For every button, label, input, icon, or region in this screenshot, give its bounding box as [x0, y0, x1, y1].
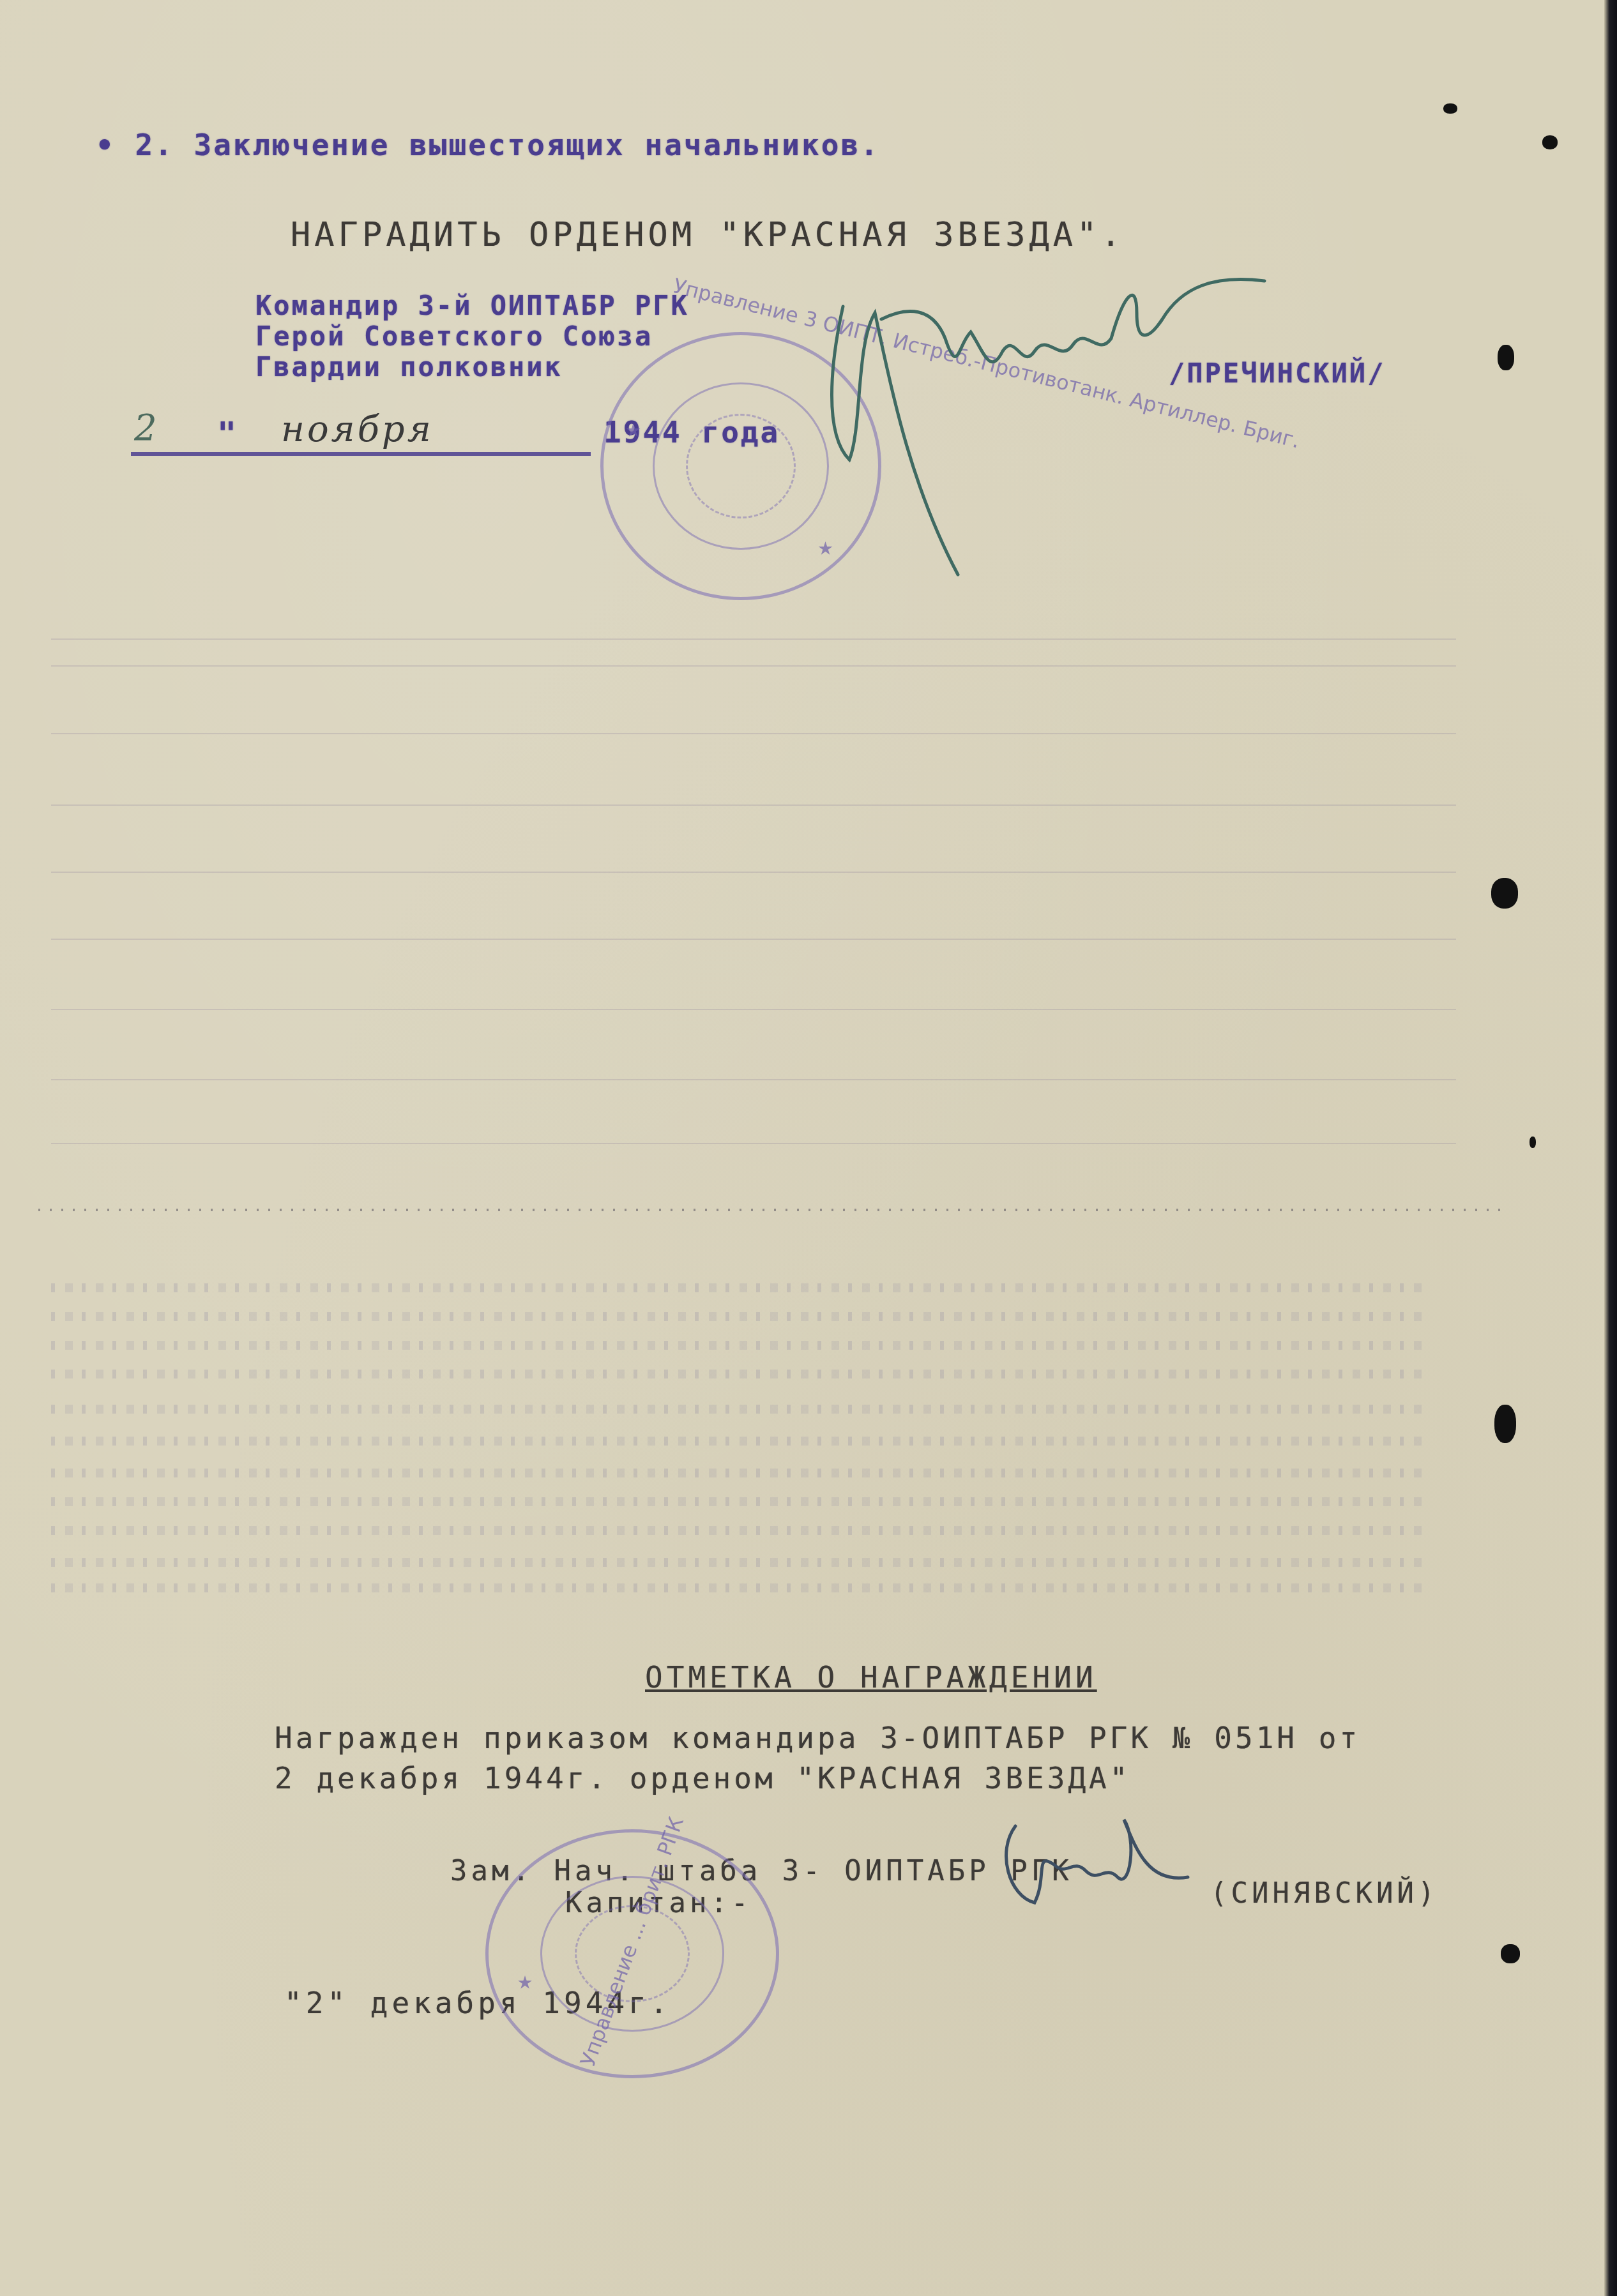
bleed-through-text: [51, 1583, 1431, 1592]
deputy-signature: [996, 1813, 1226, 1915]
commander-title: Герой Советского Союза: [255, 321, 689, 352]
commander-rank: Гвардии полковник: [255, 352, 689, 382]
form-rule-line: [51, 1079, 1456, 1080]
section-heading: • 2. Заключение вышестоящих начальников.: [96, 128, 880, 162]
bleed-through-text: [51, 1497, 1431, 1506]
star-icon: ★: [625, 414, 641, 443]
ussr-emblem-icon: [686, 414, 796, 518]
date1-day: 2: [134, 407, 157, 449]
commander-position: Командир 3-й ОИПТАБР РГК: [255, 291, 689, 321]
commander-signature: [805, 268, 1303, 587]
official-seal-stamp: Управление ... брит. РГК ★: [485, 1829, 779, 2078]
commander-signature-block: Командир 3-й ОИПТАБР РГКГерой Советского…: [255, 291, 689, 382]
paper-damage-mark: [1443, 103, 1457, 114]
date1-underline: [131, 452, 591, 456]
date1-quote-mark: ": [217, 415, 238, 452]
deputy-name: (СИНЯВСКИЙ): [1210, 1877, 1438, 1910]
document-page: [0, 0, 1604, 2296]
form-rule-line: [51, 939, 1456, 940]
form-rule-line: [51, 804, 1456, 806]
form-rule-line: [51, 733, 1456, 734]
punch-hole: [1542, 135, 1558, 149]
bleed-through-text: [51, 1341, 1431, 1350]
bleed-through-text: [51, 1437, 1431, 1446]
bleed-through-text: [51, 1469, 1431, 1477]
punch-hole: [1501, 1944, 1520, 1963]
form-rule-line: [51, 1009, 1456, 1010]
bleed-through-text: [51, 1526, 1431, 1535]
award-order-line: Награжден приказом командира 3-ОИПТАБР Р…: [275, 1721, 1360, 1755]
form-rule-line: [51, 638, 1456, 640]
bleed-through-text: [51, 1405, 1431, 1414]
punch-hole: [1491, 878, 1518, 909]
section-divider: [38, 1209, 1501, 1211]
award-mark-title: ОТМЕТКА О НАГРАЖДЕНИИ: [645, 1660, 1097, 1695]
award-date-line: 2 декабря 1944г. орденом "КРАСНАЯ ЗВЕЗДА…: [275, 1761, 1130, 1795]
page-edge: [1604, 0, 1617, 2296]
paper-damage-mark: [1530, 1137, 1536, 1148]
form-rule-line: [51, 665, 1456, 667]
bleed-through-text: [51, 1370, 1431, 1378]
star-icon: ★: [517, 1966, 533, 1995]
date1-month: ноября: [281, 409, 434, 450]
bleed-through-text: [51, 1283, 1431, 1292]
award-recommendation: НАГРАДИТЬ ОРДЕНОМ "КРАСНАЯ ЗВЕЗДА".: [291, 216, 1125, 254]
bleed-through-text: [51, 1558, 1431, 1567]
punch-hole: [1494, 1405, 1516, 1443]
form-rule-line: [51, 872, 1456, 873]
form-rule-line: [51, 1143, 1456, 1144]
bleed-through-text: [51, 1312, 1431, 1321]
punch-hole: [1498, 345, 1514, 370]
